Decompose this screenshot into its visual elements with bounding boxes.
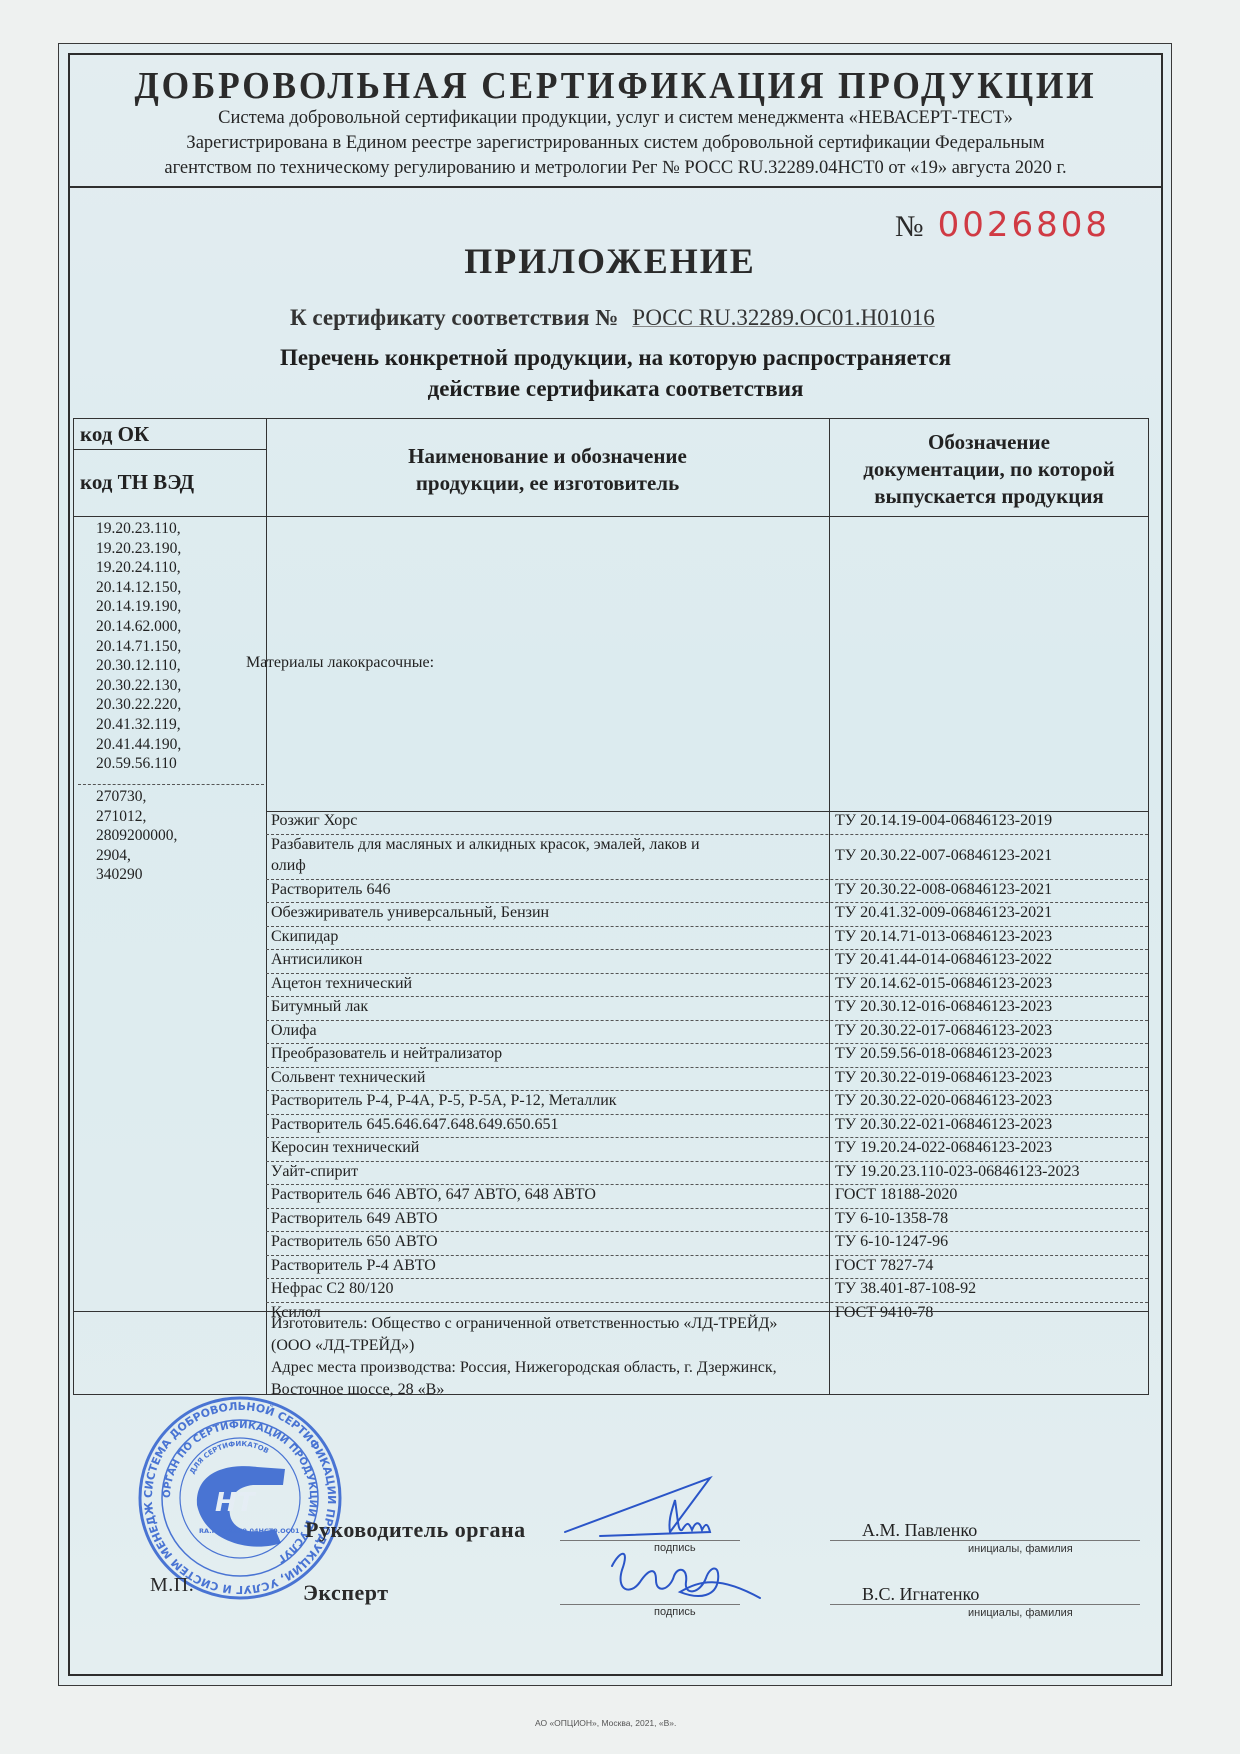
row-separator — [266, 1067, 1148, 1068]
product-doc: ТУ 6-10-1247-96 — [835, 1233, 1145, 1251]
product-doc: ТУ 20.14.71-013-06846123-2023 — [835, 928, 1145, 946]
product-doc: ТУ 20.14.19-004-06846123-2019 — [835, 812, 1145, 830]
expert-name: В.С. Игнатенко — [862, 1584, 979, 1605]
header-code-tn-ved: код ТН ВЭД — [74, 469, 272, 496]
form-number-value: 0026808 — [938, 205, 1110, 245]
ok-code-list: 19.20.23.110,19.20.23.190,19.20.24.110,2… — [96, 519, 181, 774]
column-divider-1 — [266, 419, 267, 1394]
row-separator — [266, 1231, 1148, 1232]
tn-ved-code-list: 270730,271012,2809200000,2904,340290 — [96, 787, 177, 885]
product-name: Растворитель 650 АВТО — [271, 1233, 821, 1251]
row-separator — [266, 949, 1148, 950]
product-name: Ацетон технический — [271, 975, 821, 993]
product-name: Обезжириватель универсальный, Бензин — [271, 904, 821, 922]
appendix-title: ПРИЛОЖЕНИЕ — [380, 240, 840, 282]
row-separator — [266, 1090, 1148, 1091]
product-name: Олифа — [271, 1022, 821, 1040]
ok-code: 20.14.62.000, — [96, 617, 181, 637]
product-name: Растворитель 645.646.647.648.649.650.651 — [271, 1116, 821, 1134]
product-name: Растворитель Р-4, Р-4А, Р-5, Р-5А, Р-12,… — [271, 1092, 821, 1110]
document-title: ДОБРОВОЛЬНАЯ СЕРТИФИКАЦИЯ ПРОДУКЦИИ — [106, 64, 1124, 108]
product-doc: ТУ 38.401-87-108-92 — [835, 1280, 1145, 1298]
ok-code: 19.20.23.190, — [96, 539, 181, 559]
tn-ved-code: 270730, — [96, 787, 177, 807]
product-doc: ГОСТ 9410-78 — [835, 1304, 1145, 1322]
header-code-ok: код ОК — [74, 421, 176, 448]
product-doc: ТУ 20.59.56-018-06846123-2023 — [835, 1045, 1145, 1063]
certificate-reference: К сертификату соответствия №РОСС RU.3228… — [290, 305, 935, 331]
header-line-3: агентством по техническому регулированию… — [68, 158, 1163, 179]
tn-ved-code: 340290 — [96, 865, 177, 885]
column-divider-2 — [829, 419, 830, 1394]
ok-code: 20.14.19.190, — [96, 597, 181, 617]
product-name: Разбавитель для масляных и алкидных крас… — [271, 836, 821, 854]
ok-code: 20.30.12.110, — [96, 656, 181, 676]
tn-ved-code: 2809200000, — [96, 826, 177, 846]
product-name: Уайт-спирит — [271, 1163, 821, 1181]
row-separator — [266, 879, 1148, 880]
header-docs-line-3: выпускается продукция — [829, 483, 1149, 510]
product-doc: ТУ 20.14.62-015-06846123-2023 — [835, 975, 1145, 993]
form-number: №0026808 — [895, 205, 1110, 245]
product-name: Сольвент технический — [271, 1069, 821, 1087]
tn-ved-code: 2904, — [96, 846, 177, 866]
ok-code: 19.20.23.110, — [96, 519, 181, 539]
header-name-line-1: Наименование и обозначение — [266, 443, 829, 470]
header-line-1: Система добровольной сертификации продук… — [68, 108, 1163, 129]
header-code-divider — [74, 449, 266, 450]
code-separator — [78, 784, 264, 785]
product-doc: ТУ 20.30.22-008-06846123-2021 — [835, 881, 1145, 899]
product-name: Антисиликон — [271, 951, 821, 969]
row-separator — [266, 1184, 1148, 1185]
head-name-caption: инициалы, фамилия — [968, 1543, 1073, 1555]
header-line-2: Зарегистрирована в Едином реестре зареги… — [68, 133, 1163, 154]
product-doc: ГОСТ 7827-74 — [835, 1257, 1145, 1275]
product-doc: ТУ 19.20.23.110-023-06846123-2023 — [835, 1163, 1145, 1181]
row-separator — [266, 1255, 1148, 1256]
ok-code: 20.41.44.190, — [96, 735, 181, 755]
product-name: Растворитель 649 АВТО — [271, 1210, 821, 1228]
group-name: Материалы лакокрасочные: — [246, 654, 796, 672]
row-separator — [266, 1020, 1148, 1021]
row-separator — [266, 1161, 1148, 1162]
header-name-line-2: продукции, ее изготовитель — [266, 470, 829, 497]
head-signature-label: Руководитель органа — [305, 1517, 526, 1543]
product-doc: ТУ 19.20.24-022-06846123-2023 — [835, 1139, 1145, 1157]
product-doc: ТУ 20.30.22-007-06846123-2021 — [835, 847, 1145, 865]
product-name: Розжиг Хорс — [271, 812, 821, 830]
product-doc: ТУ 20.30.22-017-06846123-2023 — [835, 1022, 1145, 1040]
header-bottom-line — [74, 516, 1148, 517]
head-name: А.М. Павленко — [862, 1520, 977, 1541]
number-sign: № — [895, 210, 924, 243]
product-doc: ТУ 20.30.12-016-06846123-2023 — [835, 998, 1145, 1016]
row-separator — [266, 1114, 1148, 1115]
ok-code: 20.59.56.110 — [96, 754, 181, 774]
product-name: Керосин технический — [271, 1139, 821, 1157]
product-doc: ТУ 20.30.22-020-06846123-2023 — [835, 1092, 1145, 1110]
ok-code: 20.14.71.150, — [96, 637, 181, 657]
product-doc: ТУ 20.41.44-014-06846123-2022 — [835, 951, 1145, 969]
product-doc: ГОСТ 18188-2020 — [835, 1186, 1145, 1204]
product-doc: ТУ 6-10-1358-78 — [835, 1210, 1145, 1228]
signature-scribble-icon — [560, 1470, 790, 1610]
printer-imprint: АО «ОПЦИОН», Москва, 2021, «В». — [535, 1718, 676, 1728]
svg-text:НТ: НТ — [215, 1488, 257, 1518]
row-separator — [266, 1278, 1148, 1279]
product-name: Растворитель 646 — [271, 881, 821, 899]
tn-ved-code: 271012, — [96, 807, 177, 827]
product-name: Скипидар — [271, 928, 821, 946]
header-docs-line-2: документации, по которой — [829, 456, 1149, 483]
header-docs: Обозначение документации, по которой вып… — [829, 429, 1149, 510]
row-separator — [266, 1137, 1148, 1138]
product-name: Растворитель Р-4 АВТО — [271, 1257, 821, 1275]
header-docs-line-1: Обозначение — [829, 429, 1149, 456]
manufacturer: Изготовитель: Общество с ограниченной от… — [271, 1313, 821, 1357]
expert-signature-label: Эксперт — [303, 1580, 389, 1606]
product-doc: ТУ 20.41.32-009-06846123-2021 — [835, 904, 1145, 922]
certification-stamp-icon: СИСТЕМА ДОБРОВОЛЬНОЙ СЕРТИФИКАЦИИ ПРОДУК… — [135, 1393, 345, 1603]
header-name: Наименование и обозначение продукции, ее… — [266, 443, 829, 497]
product-name-continuation: олиф — [271, 857, 821, 875]
product-name: Битумный лак — [271, 998, 821, 1016]
row-separator — [266, 926, 1148, 927]
product-doc: ТУ 20.30.22-021-06846123-2023 — [835, 1116, 1145, 1134]
product-name: Растворитель 646 АВТО, 647 АВТО, 648 АВТ… — [271, 1186, 821, 1204]
expert-name-caption: инициалы, фамилия — [968, 1607, 1073, 1619]
row-separator — [266, 1208, 1148, 1209]
product-name: Преобразователь и нейтрализатор — [271, 1045, 821, 1063]
ok-code: 20.30.22.220, — [96, 695, 181, 715]
production-address: Адрес места производства: Россия, Нижего… — [271, 1357, 821, 1401]
row-separator — [266, 834, 1148, 835]
ok-code: 20.30.22.130, — [96, 676, 181, 696]
ok-code: 20.14.12.150, — [96, 578, 181, 598]
row-separator — [266, 902, 1148, 903]
row-separator — [266, 996, 1148, 997]
list-title-line-1: Перечень конкретной продукции, на котору… — [68, 345, 1163, 371]
ok-code: 19.20.24.110, — [96, 558, 181, 578]
header-divider — [70, 186, 1161, 188]
product-name: Нефрас С2 80/120 — [271, 1280, 821, 1298]
product-doc: ТУ 20.30.22-019-06846123-2023 — [835, 1069, 1145, 1087]
certificate-ref-label: К сертификату соответствия № — [290, 305, 618, 330]
row-separator — [266, 1302, 1148, 1303]
svg-text:RA.RU.32289.04НСТ0.ОС01: RA.RU.32289.04НСТ0.ОС01 — [199, 1527, 300, 1535]
row-separator — [266, 973, 1148, 974]
certificate-ref-number: РОСС RU.32289.ОС01.Н01016 — [632, 305, 934, 330]
stamp-place-label: М.П. — [150, 1574, 194, 1597]
row-separator — [266, 1043, 1148, 1044]
ok-code: 20.41.32.119, — [96, 715, 181, 735]
list-title-line-2: действие сертификата соответствия — [68, 376, 1163, 402]
